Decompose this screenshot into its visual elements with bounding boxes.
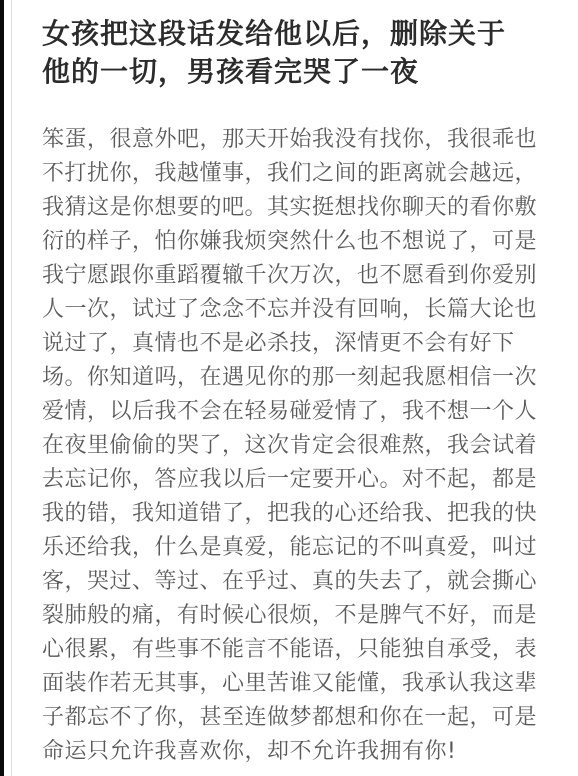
article-body-line: 裂肺般的痛，有时候心很烦，不是脾气不好，而是 [42,599,548,633]
article-body-line: 衍的样子，怕你嫌我烦突然什么也不想说了，可是 [42,225,548,259]
article-body-line: 场。你知道吗，在遇见你的那一刻起我愿相信一次 [42,361,548,395]
article-title-line: 女孩把这段话发给他以后，删除关于 [42,15,548,53]
article-title: 女孩把这段话发给他以后，删除关于 他的一切，男孩看完哭了一夜 [42,15,548,91]
article-body-line: 在夜里偷偷的哭了，这次肯定会很难熬，我会试着 [42,429,548,463]
article-content: 女孩把这段话发给他以后，删除关于 他的一切，男孩看完哭了一夜 笨蛋，很意外吧，那… [0,0,578,769]
article-title-line: 他的一切，男孩看完哭了一夜 [42,53,548,91]
article-body: 笨蛋，很意外吧，那天开始我没有找你，我很乖也 不打扰你，我越懂事，我们之间的距离… [42,123,548,769]
article-body-line: 人一次，试过了念念不忘并没有回响，长篇大论也 [42,293,548,327]
article-body-line: 爱情，以后我不会在轻易碰爱情了，我不想一个人 [42,395,548,429]
article-body-line: 命运只允许我喜欢你，却不允许我拥有你! [42,735,548,769]
article-body-line: 去忘记你，答应我以后一定要开心。对不起，都是 [42,463,548,497]
article-body-line: 我猜这是你想要的吧。其实挺想找你聊天的看你敷 [42,191,548,225]
article-body-line: 我宁愿跟你重蹈覆辙千次万次，也不愿看到你爱别 [42,259,548,293]
article-body-line: 心很累，有些事不能言不能语，只能独自承受，表 [42,633,548,667]
article-body-line: 不打扰你，我越懂事，我们之间的距离就会越远， [42,157,548,191]
article-body-line: 面装作若无其事，心里苦谁又能懂，我承认我这辈 [42,667,548,701]
article-page: 女孩把这段话发给他以后，删除关于 他的一切，男孩看完哭了一夜 笨蛋，很意外吧，那… [0,0,578,776]
article-body-line: 客，哭过、等过、在乎过、真的失去了，就会撕心 [42,565,548,599]
article-body-line: 说过了，真情也不是必杀技，深情更不会有好下 [42,327,548,361]
article-body-line: 子都忘不了你，甚至连做梦都想和你在一起，可是 [42,701,548,735]
article-body-line: 乐还给我，什么是真爱，能忘记的不叫真爱，叫过 [42,531,548,565]
article-body-line: 笨蛋，很意外吧，那天开始我没有找你，我很乖也 [42,123,548,157]
article-body-line: 我的错，我知道错了，把我的心还给我、把我的快 [42,497,548,531]
